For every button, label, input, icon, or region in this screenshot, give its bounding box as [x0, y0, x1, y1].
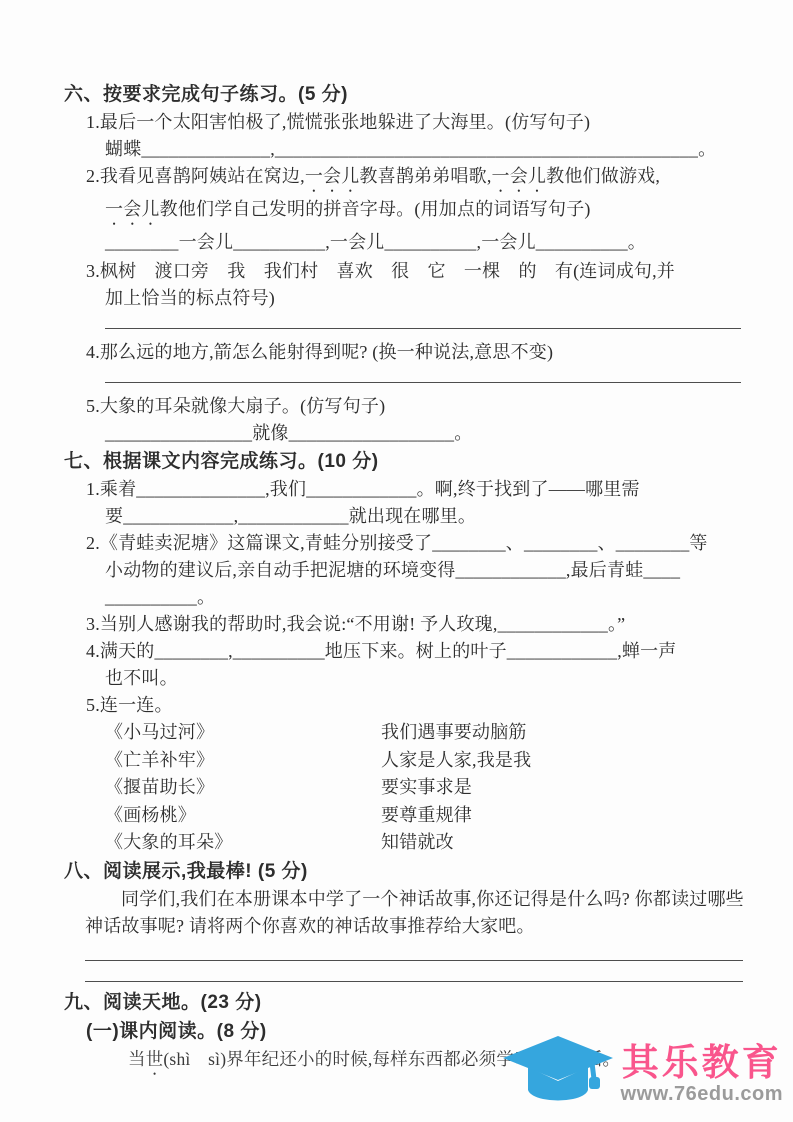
question-6-2-answer-blanks: ________一会儿__________,一会儿__________,一会儿_…: [105, 229, 745, 256]
question-7-3-text: 3.当别人感谢我的帮助时,我会说:“不用谢! 予人玫瑰,____________…: [86, 611, 745, 638]
section-7-heading: 七、根据课文内容完成练习。(10 分): [64, 447, 745, 476]
text-segment: 当: [128, 1049, 146, 1069]
question-6-5-text: 5.大象的耳朵就像大扇子。(仿写句子): [86, 393, 745, 420]
answer-line: [85, 960, 743, 961]
emphasized-word: 一会儿: [492, 166, 547, 186]
section-7: 七、根据课文内容完成练习。(10 分) 1.乘着______________,我…: [64, 447, 745, 857]
publisher-watermark: 其乐教育 www.76edu.com: [499, 1033, 783, 1114]
question-6-5-answer-blanks: ________________就像__________________。: [105, 420, 745, 447]
story-moral: 人家是人家,我是我: [381, 747, 745, 775]
publisher-name: 其乐教育: [622, 1043, 782, 1083]
question-7-2-line1: 2.《青蛙卖泥塘》这篇课文,青蛙分别接受了________、________、_…: [86, 530, 745, 557]
question-7-2-line2: 小动物的建议后,亲自动手把泥塘的环境变得____________,最后青蛙___…: [105, 557, 745, 584]
question-6-1-text: 1.最后一个太阳害怕极了,慌慌张张地躲进了大海里。(仿写句子): [86, 109, 745, 136]
answer-line: [105, 382, 741, 383]
emphasized-character: 世: [146, 1049, 164, 1069]
story-moral: 要实事求是: [381, 774, 745, 802]
text-segment: 教他们学自己发明的拼音字母。(用加点的词语写句子): [160, 199, 591, 219]
question-6-1-answer-blanks: 蝴蝶______________,_______________________…: [105, 136, 745, 163]
story-moral: 要尊重规律: [381, 802, 745, 830]
question-7-1-line1: 1.乘着______________,我们____________。啊,终于找到…: [86, 476, 745, 503]
question-6-2-text-line2: 一会儿教他们学自己发明的拼音字母。(用加点的词语写句子): [105, 196, 745, 229]
story-moral: 我们遇事要动脑筋: [381, 719, 745, 747]
section-6-heading: 六、按要求完成句子练习。(5 分): [64, 80, 745, 109]
text-segment: 教喜鹊弟弟唱歌,: [359, 166, 491, 186]
publisher-text: 其乐教育 www.76edu.com: [621, 1043, 783, 1105]
section-8: 八、阅读展示,我最棒! (5 分) 同学们,我们在本册课本中学了一个神话故事,你…: [64, 857, 745, 982]
story-title: 《亡羊补牢》: [105, 747, 381, 775]
text-segment: 教他们做游戏,: [546, 166, 660, 186]
question-7-5-label: 5.连一连。: [86, 692, 745, 719]
question-6-3-text-line1: 3.枫树 渡口旁 我 我们村 喜欢 很 它 一棵 的 有(连词成句,并: [86, 258, 745, 285]
story-title: 《大象的耳朵》: [105, 829, 381, 857]
publisher-url: www.76edu.com: [621, 1083, 783, 1105]
emphasized-word: 一会儿: [105, 199, 160, 219]
story-moral: 知错就改: [381, 829, 745, 857]
section-8-prompt: 同学们,我们在本册课本中学了一个神话故事,你还记得是什么吗? 你都读过哪些神话故…: [85, 886, 745, 940]
emphasized-word: 一会儿: [305, 166, 360, 186]
question-6-2-text-line1: 2.我看见喜鹊阿姨站在窝边,一会儿教喜鹊弟弟唱歌,一会儿教他们做游戏,: [86, 163, 745, 196]
question-7-1-line2: 要____________,____________就出现在哪里。: [105, 503, 745, 530]
question-6-3-text-line2: 加上恰当的标点符号): [105, 285, 745, 312]
question-7-2-line3: __________。: [105, 584, 745, 611]
matching-left-column: 《小马过河》 《亡羊补牢》 《揠苗助长》 《画杨桃》 《大象的耳朵》: [105, 719, 381, 857]
answer-line: [105, 328, 741, 329]
section-6: 六、按要求完成句子练习。(5 分) 1.最后一个太阳害怕极了,慌慌张张地躲进了大…: [64, 80, 745, 447]
text-segment: 2.我看见喜鹊阿姨站在窝边,: [86, 166, 305, 186]
matching-exercise: 《小马过河》 《亡羊补牢》 《揠苗助长》 《画杨桃》 《大象的耳朵》 我们遇事要…: [105, 719, 745, 857]
story-title: 《揠苗助长》: [105, 774, 381, 802]
matching-right-column: 我们遇事要动脑筋 人家是人家,我是我 要实事求是 要尊重规律 知错就改: [381, 719, 745, 857]
section-9-heading: 九、阅读天地。(23 分): [64, 988, 745, 1017]
story-title: 《画杨桃》: [105, 802, 381, 830]
graduation-cap-icon: [499, 1033, 617, 1114]
question-7-4-line2: 也不叫。: [105, 665, 745, 692]
answer-line: [85, 981, 743, 982]
story-title: 《小马过河》: [105, 719, 381, 747]
section-8-heading: 八、阅读展示,我最棒! (5 分): [64, 857, 745, 886]
exam-page: 六、按要求完成句子练习。(5 分) 1.最后一个太阳害怕极了,慌慌张张地躲进了大…: [0, 0, 793, 1122]
question-7-4-line1: 4.满天的________,__________地压下来。树上的叶子______…: [86, 638, 745, 665]
question-6-4-text: 4.那么远的地方,箭怎么能射得到呢? (换一种说法,意思不变): [86, 339, 745, 366]
